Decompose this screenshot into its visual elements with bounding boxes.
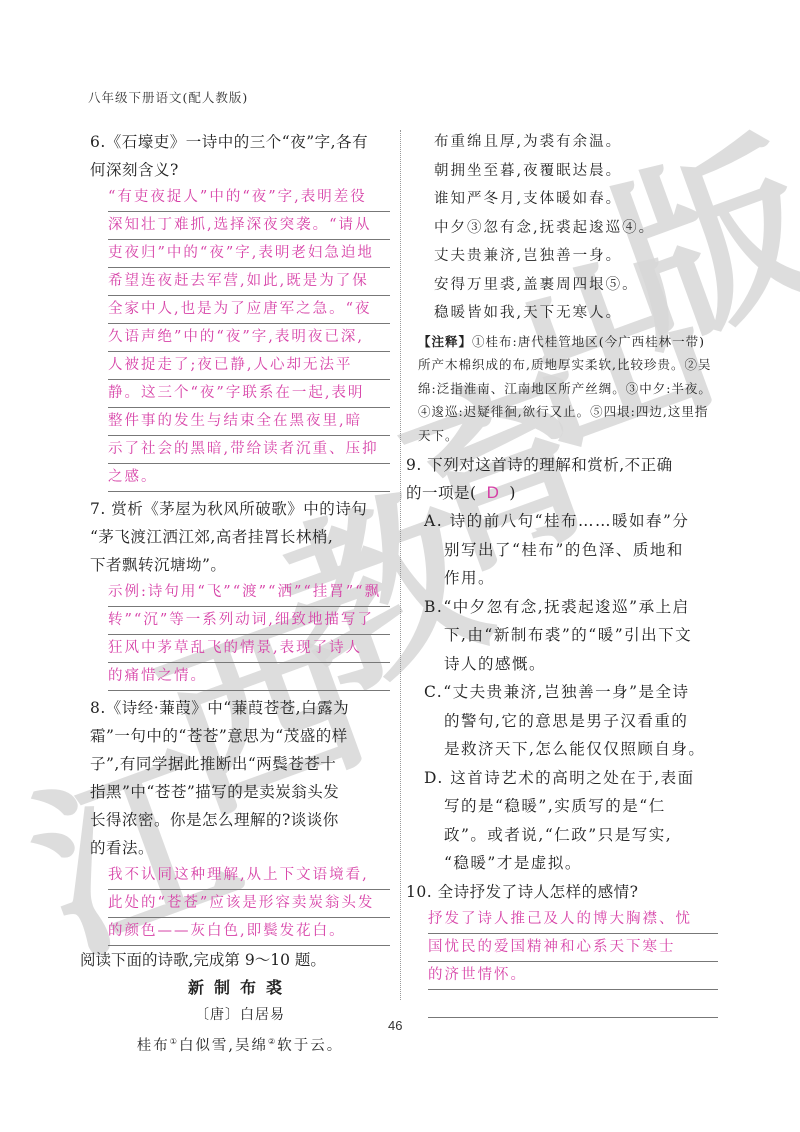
option-text: 的警句,它的意思是男子汉看重的: [424, 707, 718, 736]
option-label: B.: [424, 598, 443, 616]
answer-line: “有吏夜捉人”中的“夜”字,表明差役: [108, 184, 390, 212]
poem-text: 软于云。: [277, 1038, 343, 1054]
poem-author: 〔唐〕白居易: [90, 1002, 390, 1028]
option-text: 诗的前八句“桂布……暖如春”分: [450, 512, 690, 530]
answer-line: 的痛惜之情。: [108, 663, 390, 691]
option-text: 政”。或者说,“仁政”只是写实,: [424, 821, 718, 850]
answer-line: 静。这三个“夜”字联系在一起,表明: [108, 380, 390, 408]
reading-instruction: 阅读下面的诗歌,完成第 9～10 题。: [80, 946, 390, 974]
answer-block: 我不认同这种理解,从上下文语境看, 此处的“苍苍”应该是形容卖炭翁头发 的颜色—…: [90, 862, 390, 946]
question-text: 8.《诗经·蒹葭》中“蒹葭苍苍,白露为: [90, 694, 390, 722]
answer-line: 之感。: [108, 464, 390, 492]
poem-text: 白似雪,吴绵: [179, 1038, 268, 1054]
answer-line: 深知壮丁难抓,选择深夜突袭。“请从: [108, 212, 390, 240]
question-text: 下者飘转沉塘坳”。: [90, 551, 390, 579]
answer-line: 转”“沉”等一系列动词,细致地描写了: [108, 607, 390, 635]
question-7: 7. 赏析《茅屋为秋风所破歌》中的诗句 “茅飞渡江洒江郊,高者挂罥长林梢, 下者…: [90, 495, 390, 691]
option-text: 别写出了“桂布”的色泽、质地和: [424, 536, 718, 565]
question-text: 指黑”中“苍苍”描写的是卖炭翁头发: [90, 778, 390, 806]
question-text: 6.《石壕吏》一诗中的三个“夜”字,各有: [90, 128, 390, 156]
answer-line: 的颜色——灰白色,即鬓发花白。: [108, 918, 390, 946]
answer-blank-line: [428, 990, 718, 1018]
book-header: 八年级下册语文(配人教版): [88, 88, 248, 106]
question-text: 子”,有同学据此推断出“两鬓苍苍十: [90, 750, 390, 778]
question-text: 的一项是(D): [406, 479, 718, 507]
answer-line: 示例:诗句用“飞”“渡”“洒”“挂罥”“飘: [108, 579, 390, 607]
answer-line: 狂风中茅草乱飞的情景,表现了诗人: [108, 635, 390, 663]
question-text: 10. 全诗抒发了诗人怎样的感情?: [406, 878, 718, 906]
option-label: C.: [424, 683, 443, 701]
notes-label: 【注释】: [418, 334, 472, 349]
answer-line: 此处的“苍苍”应该是形容卖炭翁头发: [108, 890, 390, 918]
option-b: B.“中夕忽有念,抚裘起逡巡”承上启 下,由“新制布裘”的“暖”引出下文 诗人的…: [406, 593, 718, 679]
answer-block: “有吏夜捉人”中的“夜”字,表明差役 深知壮丁难抓,选择深夜突袭。“请从 吏夜归…: [90, 184, 390, 492]
question-text: 7. 赏析《茅屋为秋风所破歌》中的诗句: [90, 495, 390, 523]
poem-line: 丈夫贵兼济,岂独善一身。: [418, 242, 718, 271]
option-c: C.“丈夫贵兼济,岂独善一身”是全诗 的警句,它的意思是男子汉看重的 是救济天下…: [406, 678, 718, 764]
answer-block: 示例:诗句用“飞”“渡”“洒”“挂罥”“飘 转”“沉”等一系列动词,细致地描写了…: [90, 579, 390, 691]
option-text: 这首诗艺术的高明之处在于,表面: [450, 769, 694, 787]
poem-line: 谁知严冬月,支体暖如春。: [418, 185, 718, 214]
question-text: “茅飞渡江洒江郊,高者挂罥长林梢,: [90, 523, 390, 551]
option-a: A. 诗的前八句“桂布……暖如春”分 别写出了“桂布”的色泽、质地和 作用。: [406, 507, 718, 593]
choice-answer: D: [477, 483, 510, 502]
answer-line: 整件事的发生与结束全在黑夜里,暗: [108, 408, 390, 436]
answer-line: 久语声绝”中的“夜”字,表明夜已深,: [108, 324, 390, 352]
left-column: 6.《石壕吏》一诗中的三个“夜”字,各有 何深刻含义? “有吏夜捉人”中的“夜”…: [90, 128, 390, 1060]
question-10: 10. 全诗抒发了诗人怎样的感情? 抒发了诗人推己及人的博大胸襟、忧 国忧民的爱…: [406, 878, 718, 1018]
poem-line: 朝拥坐至暮,夜覆眠达晨。: [418, 157, 718, 186]
option-d: D. 这首诗艺术的高明之处在于,表面 写的是“稳暖”,实质写的是“仁 政”。或者…: [406, 764, 718, 878]
footnote-ref: ①: [170, 1037, 179, 1046]
answer-line: 示了社会的黑暗,带给读者沉重、压抑: [108, 436, 390, 464]
notes-text: ①桂布:唐代桂管地区(今广西桂林一带)所产木棉织成的布,质地厚实柔软,比较珍贵。…: [418, 334, 712, 443]
poem-text: 桂布: [137, 1038, 170, 1054]
column-divider: [400, 130, 401, 1000]
option-text: 是救济天下,怎么能仅仅照顾自身。: [424, 735, 718, 764]
question-text: ): [509, 484, 516, 502]
question-text: 的看法。: [90, 834, 390, 862]
answer-line: 抒发了诗人推己及人的博大胸襟、忧: [428, 906, 718, 934]
question-9: 9. 下列对这首诗的理解和赏析,不正确 的一项是(D) A. 诗的前八句“桂布……: [406, 451, 718, 878]
footnote-ref: ②: [268, 1037, 277, 1046]
answer-line: 吏夜归”中的“夜”字,表明老妇急迫地: [108, 240, 390, 268]
answer-line: 人被捉走了;夜已静,人心却无法平: [108, 352, 390, 380]
poem-line: 布重绵且厚,为裘有余温。: [418, 128, 718, 157]
answer-line: 我不认同这种理解,从上下文语境看,: [108, 862, 390, 890]
question-text: 霜”一句中的“苍苍”意思为“茂盛的样: [90, 722, 390, 750]
poem-line: 中夕③忽有念,抚裘起逡巡④。: [418, 214, 718, 243]
option-text: 诗人的感慨。: [424, 650, 718, 679]
answer-line: 希望连夜赶去军营,如此,既是为了保: [108, 268, 390, 296]
poem-line: 桂布①白似雪,吴绵②软于云。: [90, 1028, 390, 1060]
question-8: 8.《诗经·蒹葭》中“蒹葭苍苍,白露为 霜”一句中的“苍苍”意思为“茂盛的样 子…: [90, 694, 390, 946]
option-text: “中夕忽有念,抚裘起逡巡”承上启: [443, 598, 689, 616]
poem-title: 新制布裘: [90, 974, 390, 1002]
option-text: 作用。: [424, 564, 718, 593]
poem-notes: 【注释】①桂布:唐代桂管地区(今广西桂林一带)所产木棉织成的布,质地厚实柔软,比…: [418, 330, 718, 448]
right-column: 布重绵且厚,为裘有余温。 朝拥坐至暮,夜覆眠达晨。 谁知严冬月,支体暖如春。 中…: [418, 128, 718, 1018]
question-text: 9. 下列对这首诗的理解和赏析,不正确: [406, 451, 718, 479]
question-6: 6.《石壕吏》一诗中的三个“夜”字,各有 何深刻含义? “有吏夜捉人”中的“夜”…: [90, 128, 390, 492]
question-text: 何深刻含义?: [90, 156, 390, 184]
page-number: 46: [388, 1018, 402, 1033]
poem-line: 安得万里裘,盖裹周四垠⑤。: [418, 271, 718, 300]
question-text: 的一项是(: [406, 484, 477, 502]
poem-line: 稳暖皆如我,天下无寒人。: [418, 299, 718, 328]
option-text: “稳暖”才是虚拟。: [424, 849, 718, 878]
answer-line: 国忧民的爱国精神和心系天下寒士: [428, 934, 718, 962]
question-text: 长得浓密。你是怎么理解的?谈谈你: [90, 806, 390, 834]
option-text: “丈夫贵兼济,岂独善一身”是全诗: [443, 683, 689, 701]
option-label: D.: [424, 769, 444, 787]
option-text: 下,由“新制布裘”的“暖”引出下文: [424, 621, 718, 650]
option-label: A.: [424, 512, 443, 530]
answer-line: 全家中人,也是为了应唐军之急。“夜: [108, 296, 390, 324]
option-text: 写的是“稳暖”,实质写的是“仁: [424, 792, 718, 821]
answer-block: 抒发了诗人推己及人的博大胸襟、忧 国忧民的爱国精神和心系天下寒士 的济世情怀。: [406, 906, 718, 1018]
answer-line: 的济世情怀。: [428, 962, 718, 990]
